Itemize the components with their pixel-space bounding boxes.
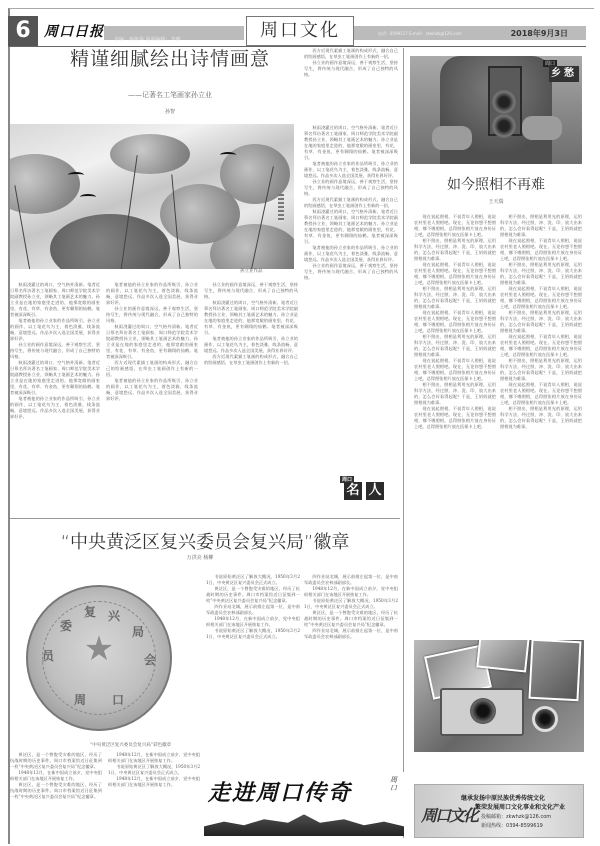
crane-icon [220, 152, 236, 158]
column-label: 乡愁 [549, 66, 579, 82]
photo-article-author: 王天瑞 [410, 198, 582, 205]
photo-text-column: 相不照出，照相是利用光的原理，运用科学方法，经过照、冲、洗、印、放大出来的，怎么… [500, 214, 582, 634]
painter-text-column: 笔者被他的孙立业家的作品所吸引，孙立业的画作，以工笔花鸟为主，着色淡雅，线条流畅… [106, 282, 198, 512]
camera-lens-icon [470, 698, 496, 724]
star-icon: ★ [84, 629, 114, 669]
badge-text-column: 四作业站北城，展示前排左起第一位，是中南军政委员会农林部副部长。1948年12月… [304, 574, 398, 770]
camera-lens-icon [492, 90, 516, 114]
painter-article-subtitle: ——记著名工笔画家孙立业 [60, 90, 280, 100]
photo-text-column: 现在说起照相，不说青年人照相，说说农村里老人照相吧。现在，无论你想不想照相，哪不… [414, 214, 496, 634]
zhoukou-culture-logo: 周口文化 [421, 803, 477, 826]
column-char: 名 [344, 482, 362, 500]
painter-text-column: 孙立业的画作意境深远，善于观察生活，坚持写生，将传统与现代融合，形成了自己独特的… [204, 282, 298, 460]
masthead: 6 周口日报 责编：杨俊华 版面编辑：李晴 周口文化 电话：8599117 E-… [8, 16, 594, 46]
lotus-crane-painting [10, 124, 294, 269]
ad-slogan-2: 繁荣发展周口文化事业和文化产业 [475, 802, 565, 811]
date-bar: 电话：8599117 E-mail：zkwhzk@126.com 2018年9月… [354, 26, 586, 40]
photo-article-title: 如今照相不再难 [410, 174, 582, 194]
painter-text-column: 秋雨浇灌过的周口，空气格外清新。笔者近日慕名拜访著名工笔画家、周口师范学院美术学… [304, 125, 398, 460]
zoujin-side-text: 周口 [390, 776, 400, 792]
issue-date: 2018年9月3日 [511, 28, 568, 39]
crane-icon [80, 194, 96, 200]
page-number: 6 [8, 16, 38, 46]
camera-lens-icon [532, 706, 558, 732]
camera-lens-icon [492, 114, 516, 138]
temple-silhouette [204, 812, 404, 836]
artist-seal [278, 194, 284, 222]
badge-text-column: 1948年12月，在新中国成立前夕，党中央组织相关部门在该地区开展恢复工作。书说… [108, 752, 200, 840]
badge-text-column: 黄泛区，是一个曾饱受灾难的地区，经历了抗战时期的历史事件。周口市档案馆近日征集到… [10, 752, 102, 840]
painter-article-author: 孙智 [60, 108, 280, 115]
zoujin-calligraphy: 走进周口传奇 [208, 776, 352, 807]
section-title: 周口文化 [246, 16, 354, 46]
badge-text-column: 书说原始黄泛区了解放大概况，1950年3月21日，中央黄泛区复兴委员会正式成立。… [206, 574, 300, 770]
badge-article-title: “中央黄泛区复兴委员会复兴局”徽章 [20, 528, 390, 554]
badge-article-author: 万洪亮 杨柳 [160, 554, 240, 561]
ad-slogan-1: 继承发扬中原民族优秀传统文化 [461, 793, 545, 802]
article-divider [10, 518, 400, 519]
nostalgia-column-badge: 周口 乡愁 [543, 60, 579, 84]
painter-text-column: 秋雨浇灌过的周口，空气格外清新。笔者近日慕名拜访著名工笔画家、周口师范学院美术学… [10, 282, 100, 512]
badge-image: ★ 复 兴 局 委 员 会 周 口 [26, 585, 172, 731]
editor-bar: 责编：杨俊华 版面编辑：李晴 [104, 26, 244, 40]
famous-people-column-badge: 周口 名 人 [340, 474, 388, 504]
painter-text-column: 西方近现代素描工笔画的构成形式，融合自己的绘画感悟，在草虫工笔画创作上有新的一招… [304, 48, 398, 123]
painting-caption: 孙立业作品 [240, 268, 263, 274]
paper-name: 周口日报 [44, 21, 104, 41]
ad-email: 投稿邮箱：zkwhzk@126.com [481, 813, 551, 820]
editor-info: 责编：杨俊华 版面编辑：李晴 [114, 37, 181, 43]
contact-info: 电话：8599117 E-mail：zkwhzk@126.com [378, 31, 462, 37]
ad-phone: 新闻热线：0394-8599619 [481, 822, 543, 829]
crane-icon [68, 172, 84, 178]
zhoukou-culture-ad: 周口文化 继承发扬中原民族优秀传统文化 繁荣发展周口文化事业和文化产业 投稿邮箱… [414, 784, 584, 838]
badge-caption: “中央黄泛区复兴委员会复兴局”彩色徽章 [90, 742, 171, 748]
old-photos-and-camera-image [414, 640, 584, 752]
painter-article-title: 精谨细腻绘出诗情画意 [40, 44, 300, 71]
column-char: 人 [366, 482, 384, 500]
zoujin-zhoukou-banner: 走进周口传奇 周口 [204, 772, 404, 836]
column-divider [403, 48, 404, 838]
